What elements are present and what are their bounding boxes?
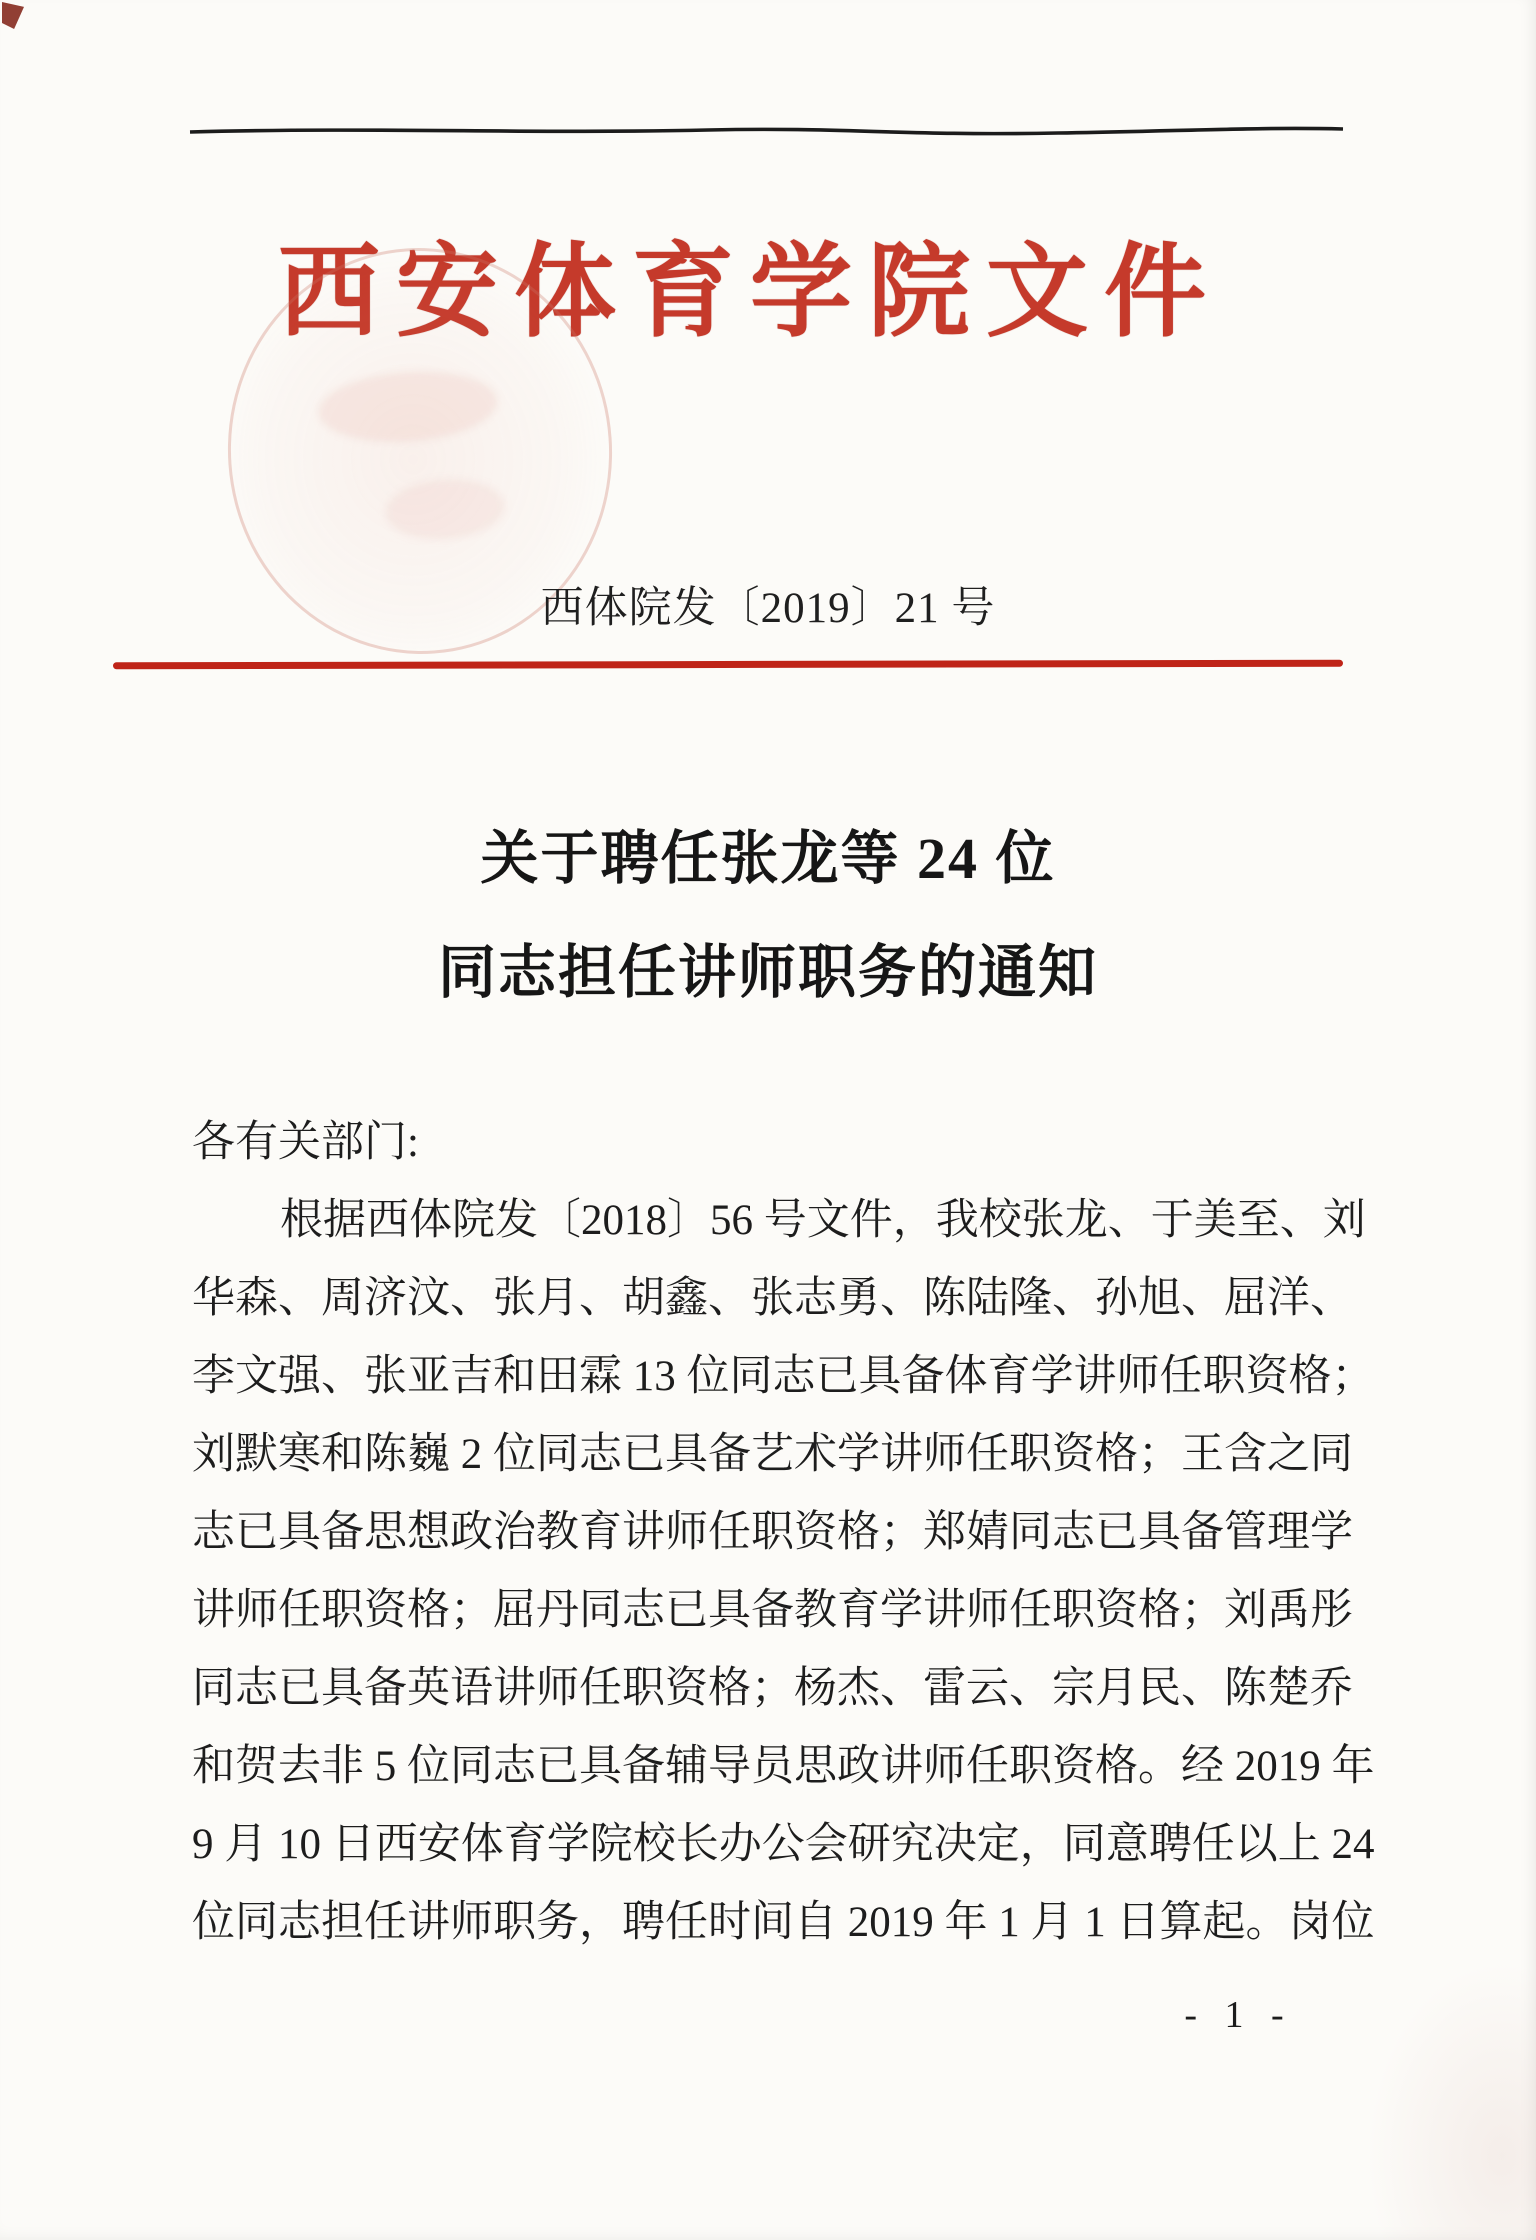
red-divider-rule (113, 660, 1343, 670)
body-line: 位同志担任讲师职务，聘任时间自 2019 年 1 月 1 日算起。岗位 (192, 1884, 1334, 1962)
org-title: 西安体育学院文件 (0, 238, 1518, 350)
doc-title-line2: 同志担任讲师职务的通知 (0, 916, 1536, 1030)
body-line: 李文强、张亚吉和田霖 13 位同志已具备体育学讲师任职资格； (192, 1338, 1334, 1416)
body-line: 志已具备思想政治教育讲师任职资格；郑婧同志已具备管理学 (192, 1494, 1334, 1572)
body-line: 刘默寒和陈巍 2 位同志已具备艺术学讲师任职资格；王含之同 (192, 1416, 1334, 1494)
doc-number: 西体院发〔2019〕21 号 (0, 582, 1536, 636)
body-line: 讲师任职资格；屈丹同志已具备教育学讲师任职资格；刘禹彤 (192, 1572, 1334, 1650)
page-number: - 1 - (1140, 1993, 1330, 2037)
body-line: 根据西体院发〔2018〕56 号文件，我校张龙、于美至、刘 (192, 1182, 1334, 1260)
body-line: 和贺去非 5 位同志已具备辅导员思政讲师任职资格。经 2019 年 (192, 1728, 1334, 1806)
scanned-document-page: 西安体育学院文件 西体院发〔2019〕21 号 关于聘任张龙等 24 位 同志担… (0, 0, 1536, 2240)
scan-corner-artifact (2, 2, 24, 29)
scan-edge-smudge (1366, 1960, 1536, 2240)
doc-title: 关于聘任张龙等 24 位 同志担任讲师职务的通知 (0, 802, 1536, 1030)
doc-title-line1: 关于聘任张龙等 24 位 (0, 802, 1536, 916)
body-line: 同志已具备英语讲师任职资格；杨杰、雷云、宗月民、陈楚乔 (192, 1650, 1334, 1728)
body-line: 华森、周济汶、张月、胡鑫、张志勇、陈陆隆、孙旭、屈洋、 (192, 1260, 1334, 1338)
top-rule (188, 122, 1346, 138)
doc-body: 各有关部门: 根据西体院发〔2018〕56 号文件，我校张龙、于美至、刘 华森、… (192, 1104, 1334, 1962)
salutation: 各有关部门: (192, 1104, 1334, 1182)
body-line: 9 月 10 日西安体育学院校长办公会研究决定，同意聘任以上 24 (192, 1806, 1334, 1884)
